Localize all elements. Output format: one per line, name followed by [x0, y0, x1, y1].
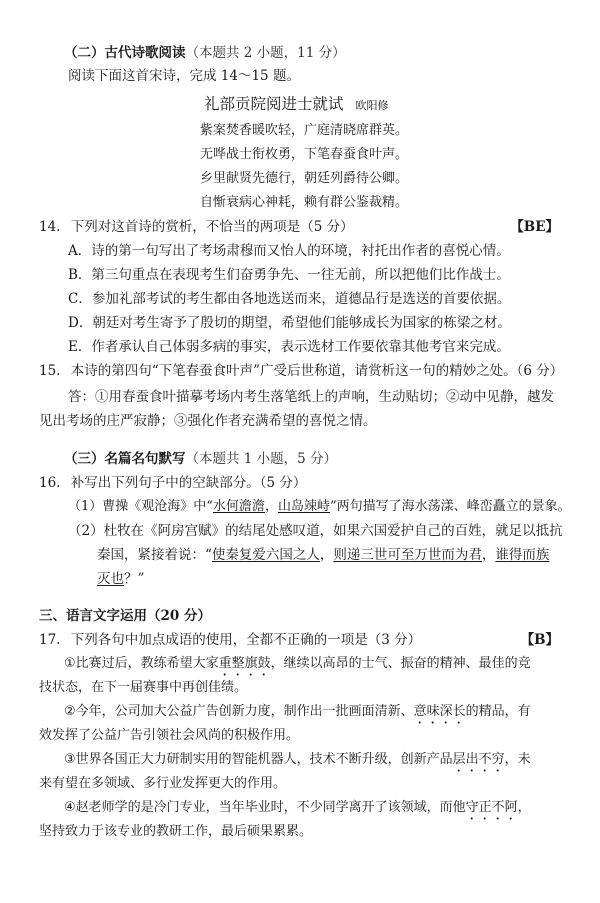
sentence-text: ①比赛过后，教练希望大家	[64, 656, 219, 671]
option-d: D．朝廷对考生寄予了殷切的期望，希望他们能够成长为国家的栋梁之材。	[68, 313, 511, 333]
poem-author: 欧阳修	[356, 99, 389, 112]
item-text: ”两句描写了海水荡漾、峰峦矗立的景象。	[330, 499, 571, 514]
question-stem: 下列各句中加点成语的使用，全都不正确的一项是（3 分）	[71, 632, 421, 648]
question-stem: 下列对这首诗的赏析，不恰当的两项是（5 分）	[71, 219, 354, 235]
sentence-3-cont: 来有望在多领域、多行业发挥更大的作用。	[39, 774, 286, 794]
item-text: ，	[320, 547, 334, 563]
item-text: 秦国，紧接着说：“	[97, 547, 212, 563]
section-heading-poetry: （二）古代诗歌阅读（本题共 2 小题，11 分）	[64, 43, 346, 63]
option-e: E．作者承认自己体弱多病的事实，表示选材工作要依靠其他考官来完成。	[68, 337, 510, 357]
dotted-idiom: 意味深长	[414, 704, 466, 719]
part-heading-language: 三、语言文字运用（20 分）	[39, 606, 211, 626]
sentence-text: ，未	[505, 752, 531, 767]
fill-answer: 山岛竦峙	[278, 499, 330, 514]
option-c: C．参加礼部考试的考生都由各地选送而来，道德品行是选送的首要依据。	[68, 289, 510, 309]
fill-answer: 灭也	[97, 571, 124, 587]
fill-answer: 使秦复爱六国之人	[212, 547, 320, 563]
sentence-text: ②今年，公司加大公益广告创新力度，制作出一批画面清新、	[64, 704, 414, 719]
question-17: 17. 下列各句中加点成语的使用，全都不正确的一项是（3 分） 【B】	[39, 630, 559, 650]
q16-item-2: （2）杜牧在《阿房宫赋》的结尾处感叹道，如果六国爱护自己的百姓，就足以抵抗	[68, 521, 563, 541]
item-text: （1）曹操《观沧海》中“	[68, 499, 213, 514]
section-title: （二）古代诗歌阅读	[64, 45, 186, 61]
question-number: 14.	[39, 219, 60, 235]
poem-title: 礼部贡院阅进士就试	[204, 95, 344, 113]
q16-item-2-cont: 秦国，紧接着说：“使秦复爱六国之人，则递三世可至万世而为君，谁得而族	[97, 545, 549, 565]
q16-item-2-end: 灭也？”	[97, 569, 144, 589]
question-number: 17.	[39, 632, 60, 648]
fill-answer: 水何澹澹	[213, 499, 265, 514]
section-note: （本题共 1 小题，5 分）	[186, 451, 338, 467]
dotted-idiom: 层出不穷	[453, 752, 505, 767]
section-title: （三）名篇名句默写	[64, 451, 186, 467]
reading-instruction: 阅读下面这首宋诗，完成 14～15 题。	[68, 66, 300, 86]
item-text: ，	[482, 547, 496, 563]
sentence-4-cont: 坚持致力于该专业的教研工作，最后硕果累累。	[39, 822, 312, 842]
sentence-text: ，继续以高昂的士气、振奋的精神、最佳的竞	[271, 656, 531, 671]
poem-line: 乡里献贤先德行，朝廷列爵待公卿。	[200, 169, 408, 189]
poem-line: 紫案焚香暖吹轻，广庭清晓席群英。	[200, 121, 408, 141]
sentence-4: ④赵老师学的是冷门专业，当年毕业时，不少同学离开了该领域，而他守正不阿，	[64, 798, 531, 823]
sentence-1: ①比赛过后，教练希望大家重整旗鼓，继续以高昂的士气、振奋的精神、最佳的竞	[64, 654, 531, 679]
poem-line: 自惭衰病心神耗，赖有群公鉴裁精。	[200, 193, 408, 213]
question-14: 14. 下列对这首诗的赏析，不恰当的两项是（5 分） 【BE】	[39, 217, 559, 237]
sentence-text: ，	[518, 800, 531, 815]
sentence-3: ③世界各国正大力研制实用的智能机器人，技术不断升级，创新产品层出不穷，未	[64, 750, 531, 775]
question-15: 15. 本诗的第四句“下笔春蚕食叶声”广受后世称道，请赏析这一句的精妙之处。（6…	[39, 361, 563, 381]
question-stem: 本诗的第四句“下笔春蚕食叶声”广受后世称道，请赏析这一句的精妙之处。（6 分）	[71, 363, 563, 379]
sentence-1-cont: 技状态，在下一届赛事中再创佳绩。	[39, 678, 247, 698]
fill-answer: 谁得而族	[495, 547, 549, 563]
dotted-idiom: 重整旗鼓	[219, 656, 271, 671]
answer-text: 答：①用春蚕食叶描摹考场内考生落笔纸上的声响，生动贴切；②动中见静，越发	[68, 387, 554, 407]
item-text: ？”	[124, 571, 144, 587]
sentence-text: ③世界各国正大力研制实用的智能机器人，技术不断升级，创新产品	[64, 752, 453, 767]
poem-line: 无哗战士衔枚勇，下笔春蚕食叶声。	[200, 145, 408, 165]
q16-item-1: （1）曹操《观沧海》中“水何澹澹，山岛竦峙”两句描写了海水荡漾、峰峦矗立的景象。	[68, 497, 571, 517]
sentence-2-cont: 效发挥了公益广告引领社会风尚的积极作用。	[39, 726, 299, 746]
question-stem: 补写出下列句子中的空缺部分。（5 分）	[71, 475, 307, 491]
item-text: ，	[265, 499, 278, 514]
answer-text: 见出考场的庄严寂静；③强化作者充满希望的喜悦之情。	[39, 411, 377, 431]
sentence-2: ②今年，公司加大公益广告创新力度，制作出一批画面清新、意味深长的精品，有	[64, 702, 531, 727]
sentence-text: ④赵老师学的是冷门专业，当年毕业时，不少同学离开了该领域，而他	[64, 800, 466, 815]
question-number: 16.	[39, 475, 60, 491]
dotted-idiom: 守正不阿	[466, 800, 518, 815]
fill-answer: 则递三世可至万世而为君	[333, 547, 482, 563]
section-heading-recitation: （三）名篇名句默写（本题共 1 小题，5 分）	[64, 449, 337, 469]
answer-key: 【BE】	[510, 217, 559, 237]
question-number: 15.	[39, 363, 60, 379]
answer-key: 【B】	[521, 630, 559, 650]
poem-title-row: 礼部贡院阅进士就试欧阳修	[204, 94, 389, 116]
question-16: 16. 补写出下列句子中的空缺部分。（5 分）	[39, 473, 306, 493]
option-a: A．诗的第一句写出了考场肃穆而又怡人的环境，衬托出作者的喜悦心情。	[68, 241, 510, 261]
section-note: （本题共 2 小题，11 分）	[186, 45, 346, 61]
sentence-text: 的精品，有	[466, 704, 531, 719]
option-b: B．第三句重点在表现考生们奋勇争先、一往无前，所以把他们比作战士。	[68, 265, 510, 285]
